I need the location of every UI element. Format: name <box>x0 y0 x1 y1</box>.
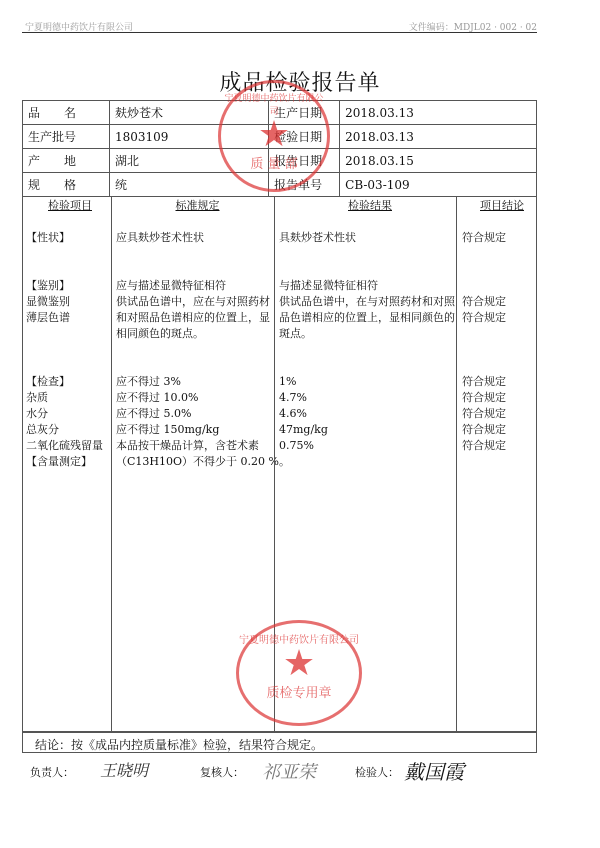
table-cell <box>279 358 461 374</box>
responsible-signature: 王晓明 <box>100 758 148 781</box>
table-cell: 1% <box>279 374 461 390</box>
table-cell <box>279 342 461 358</box>
table-cell: 应不得过 5.0% <box>116 406 279 422</box>
table-cell: 符合规定 <box>462 422 542 438</box>
table-cell: 符合规定 <box>462 294 542 310</box>
reviewer-label: 复核人： <box>200 764 244 780</box>
table-cell: 应具麸炒苍术性状 <box>116 230 279 246</box>
table-cell: 【性状】 <box>26 230 114 246</box>
table-cell: 应与描述显微特征相符 <box>116 278 279 294</box>
table-cell <box>462 262 542 278</box>
table-cell: 供试品色谱中，应在与对照药材 <box>116 294 279 310</box>
table-cell: 0.75% <box>279 438 461 454</box>
column-header: 项目结论 <box>462 198 542 214</box>
table-cell <box>462 278 542 294</box>
table-cell: 应不得过 10.0% <box>116 390 279 406</box>
table-cell: 应不得过 3% <box>116 374 279 390</box>
table-cell: （C13H10O）不得少于 0.20 %。 <box>116 454 279 470</box>
table-cell: 符合规定 <box>462 374 542 390</box>
table-cell <box>116 358 279 374</box>
table-cell <box>116 246 279 262</box>
table-cell: 符合规定 <box>462 406 542 422</box>
column-header: 标准规定 <box>116 198 279 214</box>
report-no-value: CB-03-109 <box>340 173 537 197</box>
table-cell <box>116 262 279 278</box>
table-cell: 显微鉴别 <box>26 294 114 310</box>
items-column: 检验项目 【性状】【鉴别】显微鉴别薄层色谱【检查】杂质水分总灰分二氧化硫残留量【… <box>23 196 114 731</box>
table-cell: 相同颜色的斑点。 <box>116 326 279 342</box>
table-cell <box>279 262 461 278</box>
table-cell: 符合规定 <box>462 390 542 406</box>
table-cell <box>279 454 461 470</box>
table-cell <box>462 358 542 374</box>
company-name: 宁夏明德中药饮片有限公司 <box>25 20 133 33</box>
table-cell: 【鉴别】 <box>26 278 114 294</box>
table-cell <box>462 454 542 470</box>
table-cell: 47mg/kg <box>279 422 461 438</box>
batch-label: 生产批号 <box>23 125 110 149</box>
table-cell: 杂质 <box>26 390 114 406</box>
conclusion-text: 结论：按《成品内控质量标准》检验，结果符合规定。 <box>22 732 537 753</box>
table-cell: 和对照品色谱相应的位置上，显 <box>116 310 279 326</box>
table-cell <box>462 326 542 342</box>
document-code: 文件编码：MDJL02 · 002 · 02 <box>409 20 537 33</box>
table-cell: 应不得过 150mg/kg <box>116 422 279 438</box>
star-icon: ★ <box>239 646 359 682</box>
star-icon: ★ <box>221 117 327 153</box>
origin-label: 产 地 <box>23 149 110 173</box>
responsible-label: 负责人： <box>30 764 74 780</box>
table-cell: 与描述显微特征相符 <box>279 278 461 294</box>
table-cell: 【含量测定】 <box>26 454 114 470</box>
table-cell: 总灰分 <box>26 422 114 438</box>
column-header: 检验结果 <box>279 198 461 214</box>
inspector-signature: 戴国霞 <box>404 756 464 785</box>
table-cell <box>26 246 114 262</box>
conclusions-column: 项目结论 符合规定符合规定符合规定符合规定符合规定符合规定符合规定符合规定 <box>456 196 542 731</box>
stamp-center-text: 质检专用章 <box>239 682 359 701</box>
spec-label: 规 格 <box>23 173 110 197</box>
table-cell: 【检查】 <box>26 374 114 390</box>
prod-date-value: 2018.03.13 <box>340 101 537 125</box>
page-header: 宁夏明德中药饮片有限公司 文件编码：MDJL02 · 002 · 02 <box>22 18 537 33</box>
table-cell: 具麸炒苍术性状 <box>279 230 461 246</box>
table-cell: 符合规定 <box>462 310 542 326</box>
inspector-label: 检验人： <box>355 764 399 780</box>
table-cell <box>462 246 542 262</box>
product-label: 品 名 <box>23 101 110 125</box>
report-date-value: 2018.03.15 <box>340 149 537 173</box>
quality-dept-stamp: 宁夏明德中药饮片有限公司 ★ 质 量 部 <box>218 80 330 192</box>
table-cell <box>26 342 114 358</box>
stamp-center-text: 质 量 部 <box>221 153 327 172</box>
table-cell: 4.7% <box>279 390 461 406</box>
table-cell: 品色谱相应的位置上，显相同颜色的 <box>279 310 461 326</box>
test-date-value: 2018.03.13 <box>340 125 537 149</box>
table-cell: 4.6% <box>279 406 461 422</box>
table-cell <box>26 358 114 374</box>
table-cell <box>279 246 461 262</box>
table-cell: 本品按干燥品计算，含苍术素 <box>116 438 279 454</box>
table-cell: 薄层色谱 <box>26 310 114 326</box>
column-header: 检验项目 <box>26 198 114 214</box>
table-cell: 水分 <box>26 406 114 422</box>
reviewer-signature: 祁亚荣 <box>262 758 316 784</box>
table-cell: 斑点。 <box>279 326 461 342</box>
table-cell <box>26 326 114 342</box>
table-cell: 二氧化硫残留量 <box>26 438 114 454</box>
table-cell: 符合规定 <box>462 230 542 246</box>
table-cell: 供试品色谱中，在与对照药材和对照 <box>279 294 461 310</box>
table-cell: 符合规定 <box>462 438 542 454</box>
table-cell <box>116 342 279 358</box>
table-cell <box>462 342 542 358</box>
qc-seal-stamp: 宁夏明德中药饮片有限公司 ★ 质检专用章 <box>236 620 362 726</box>
table-cell <box>26 262 114 278</box>
